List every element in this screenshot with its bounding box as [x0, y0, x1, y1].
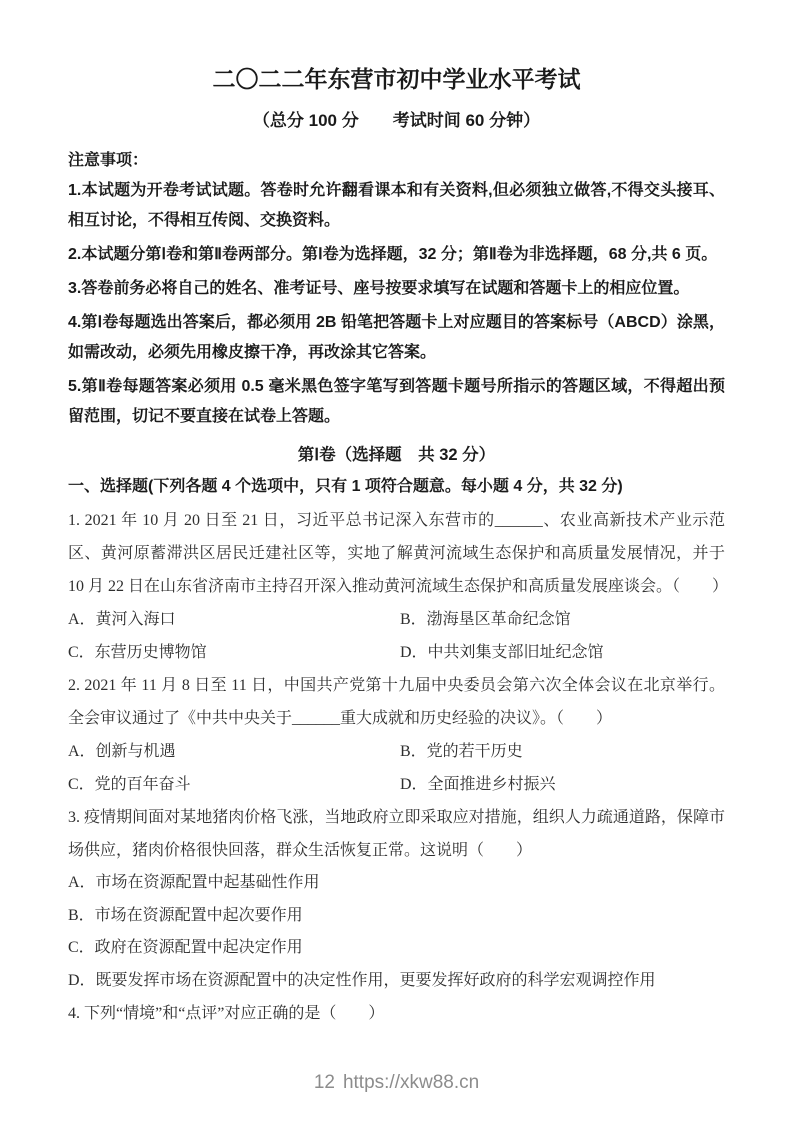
- option-c: C．东营历史博物馆: [68, 636, 400, 669]
- page-number: 12: [314, 1072, 335, 1093]
- notice-item-2: 2.本试题分第Ⅰ卷和第Ⅱ卷两部分。第Ⅰ卷为选择题，32 分；第Ⅱ卷为非选择题，6…: [68, 240, 725, 270]
- option-b: B．渤海垦区革命纪念馆: [400, 603, 725, 636]
- option-c: C．政府在资源配置中起决定作用: [68, 932, 725, 965]
- question-4-text: 4. 下列“情境”和“点评”对应正确的是（ ）: [68, 997, 725, 1030]
- option-a: A．市场在资源配置中起基础性作用: [68, 867, 725, 900]
- option-b: B．市场在资源配置中起次要作用: [68, 900, 725, 933]
- exam-score-time-subtitle: （总分 100 分 考试时间 60 分钟）: [68, 108, 725, 134]
- notice-heading: 注意事项：: [68, 148, 725, 174]
- watermark-url[interactable]: https://xkw88.cn: [343, 1072, 479, 1093]
- question-1-text: 1. 2021 年 10 月 20 日至 21 日，习近平总书记深入东营市的__…: [68, 504, 725, 603]
- notice-item-4: 4.第Ⅰ卷每题选出答案后，都必须用 2B 铅笔把答题卡上对应题目的答案标号（AB…: [68, 308, 725, 368]
- question-2-text: 2. 2021 年 11 月 8 日至 11 日，中国共产党第十九届中央委员会第…: [68, 669, 725, 735]
- question-2-options: A．创新与机遇 B．党的若干历史 C．党的百年奋斗 D．全面推进乡村振兴: [68, 735, 725, 801]
- option-d: D．中共刘集支部旧址纪念馆: [400, 636, 725, 669]
- notice-item-3: 3.答卷前务必将自己的姓名、准考证号、座号按要求填写在试题和答题卡上的相应位置。: [68, 274, 725, 304]
- question-3-text: 3. 疫情期间面对某地猪肉价格飞涨，当地政府立即采取应对措施，组织人力疏通道路，…: [68, 801, 725, 867]
- exam-paper-page: 二〇二二年东营市初中学业水平考试 （总分 100 分 考试时间 60 分钟） 注…: [0, 0, 793, 1122]
- option-c: C．党的百年奋斗: [68, 768, 400, 801]
- page-title: 二〇二二年东营市初中学业水平考试: [68, 64, 725, 94]
- notice-item-1: 1.本试题为开卷考试试题。答卷时允许翻看课本和有关资料,但必须独立做答,不得交头…: [68, 176, 725, 236]
- option-d: D．全面推进乡村振兴: [400, 768, 725, 801]
- notice-item-5: 5.第Ⅱ卷每题答案必须用 0.5 毫米黑色签字笔写到答题卡题号所指示的答题区域，…: [68, 372, 725, 432]
- option-b: B．党的若干历史: [400, 735, 725, 768]
- question-1-options: A．黄河入海口 B．渤海垦区革命纪念馆 C．东营历史博物馆 D．中共刘集支部旧址…: [68, 603, 725, 669]
- section-title: 第Ⅰ卷（选择题 共 32 分）: [68, 440, 725, 470]
- question-3-options: A．市场在资源配置中起基础性作用 B．市场在资源配置中起次要作用 C．政府在资源…: [68, 867, 725, 997]
- section-instruction: 一、选择题(下列各题 4 个选项中，只有 1 项符合题意。每小题 4 分，共 3…: [68, 472, 725, 502]
- option-a: A．黄河入海口: [68, 603, 400, 636]
- option-d: D．既要发挥市场在资源配置中的决定性作用，更要发挥好政府的科学宏观调控作用: [68, 965, 725, 998]
- page-footer: 12https://xkw88.cn: [0, 1072, 793, 1094]
- option-a: A．创新与机遇: [68, 735, 400, 768]
